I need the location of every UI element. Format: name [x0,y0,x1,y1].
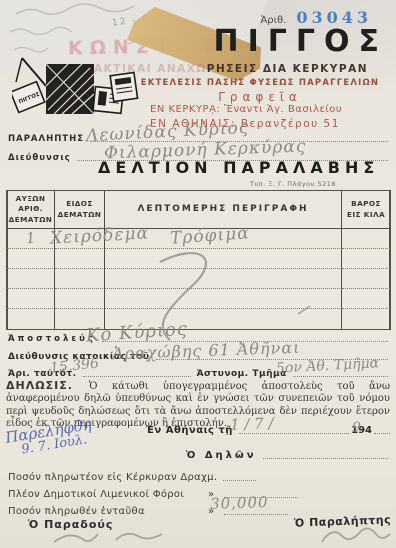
declarant-line: Ὁ Δηλῶν [186,448,390,461]
dotted-leader [223,470,256,481]
company-name: ΠΙΓΓΟΣ [214,24,389,59]
scanned-receipt-document: ΚΩΝΣΤ. Σ 12 - Λ Ἀριθ. 03043 ΠΙΓΓΟΣ ΤΑΚΤΙ… [0,0,396,548]
amount-payable-corfu-label: Ποσόν πληρωτέον εἰς Κέρκυραν Δραχμ. [8,472,217,483]
police-department-label: Ἀστυνομ. Τμῆμα [197,369,287,379]
table-header-serial: ΑΥΞΩΝ ΑΡΙΘ. ΔΕΜΑΤΩΝ [7,191,55,228]
table-cell [342,269,390,289]
table-cell [55,269,105,289]
table-header-description: ΛΕΠΤΟΜΕΡΗΣ ΠΕΡΙΓΡΑΦΗ [105,191,342,228]
declarant-label: Ὁ Δηλῶν [186,450,257,461]
recipient-label: ΠΑΡΑΛΗΠΤΗΣ [8,134,84,144]
parcels-illustration: ΠΙΓΓΟΣ [12,56,140,122]
table-cell [7,289,55,309]
table-header-weight: ΒΑΡΟΣ ΕΙΣ ΚΙΛΑ [342,191,390,228]
dotted-leader [263,448,388,459]
table-cell [342,229,390,249]
amount-line-payable-corfu: Ποσόν πληρωτέον εἰς Κέρκυραν Δραχμ. [8,470,258,483]
amount-port-taxes-label: Πλέον Δημοτικοί Λιμενικοί Φόροι [8,489,204,500]
table-cell [7,309,55,329]
table-cell [7,269,55,289]
table-cell [342,249,390,269]
table-cell [55,249,105,269]
date-handwriting: 1 / 7 / [230,414,274,434]
table-header-kind: ΕΙΔΟΣ ΔΕΜΑΤΩΝ [55,191,105,228]
receiver-signature-squiggle [318,524,394,548]
declaration-label: ΔΗΛΩΣΙΣ. [6,379,73,392]
offices-heading: Γραφεῖα [132,90,388,104]
table-header-row: ΑΥΞΩΝ ΑΡΙΘ. ΔΕΜΑΤΩΝ ΕΙΔΟΣ ΔΕΜΑΤΩΝ ΛΕΠΤΟΜ… [7,191,390,229]
row1-serial-handwriting: 1 [25,229,36,248]
amount-paid-handwriting: 30,000 [210,493,269,513]
table-cell [7,249,55,269]
route-solid-text: ΡΗΣΕΙΣ ΔΙΑ ΚΕΡΚΥΡΑΝ [207,63,368,75]
dotted-leader [374,423,390,434]
table-cell [55,289,105,309]
deliverer-signature-squiggle [50,528,190,548]
form-title: ΔΕΛΤΙΟΝ ΠΑΡΑΛΑΒΗΣ [98,158,379,177]
company-subtitle: ΕΚΤΕΛΕΣΙΣ ΠΑΣΗΣ ΦΥΣΕΩΣ ΠΑΡΑΓΓΕΛΙΩΝ [132,78,388,88]
date-prefix: Ἐν Ἀθήναις τῇ [146,425,233,436]
year-digit-handwriting: 9 [352,420,361,436]
amount-paid-here-label: Ποσόν πληρωθέν ἐνταῦθα [8,506,204,517]
office-corfu: ΕΝ ΚΕΡΚΥΡᾼ: Ἔναντι Ἁγ. Βασιλείου [150,104,342,115]
table-cell [342,289,390,309]
sender-label: Ἀποστολεύς [8,334,96,344]
recipient-address-label: Διεύθυνσις [8,153,71,163]
printer-note: Τυπ. Ξ. Γ. Πλάγου 5218 [250,180,336,188]
table-cell [342,309,390,329]
